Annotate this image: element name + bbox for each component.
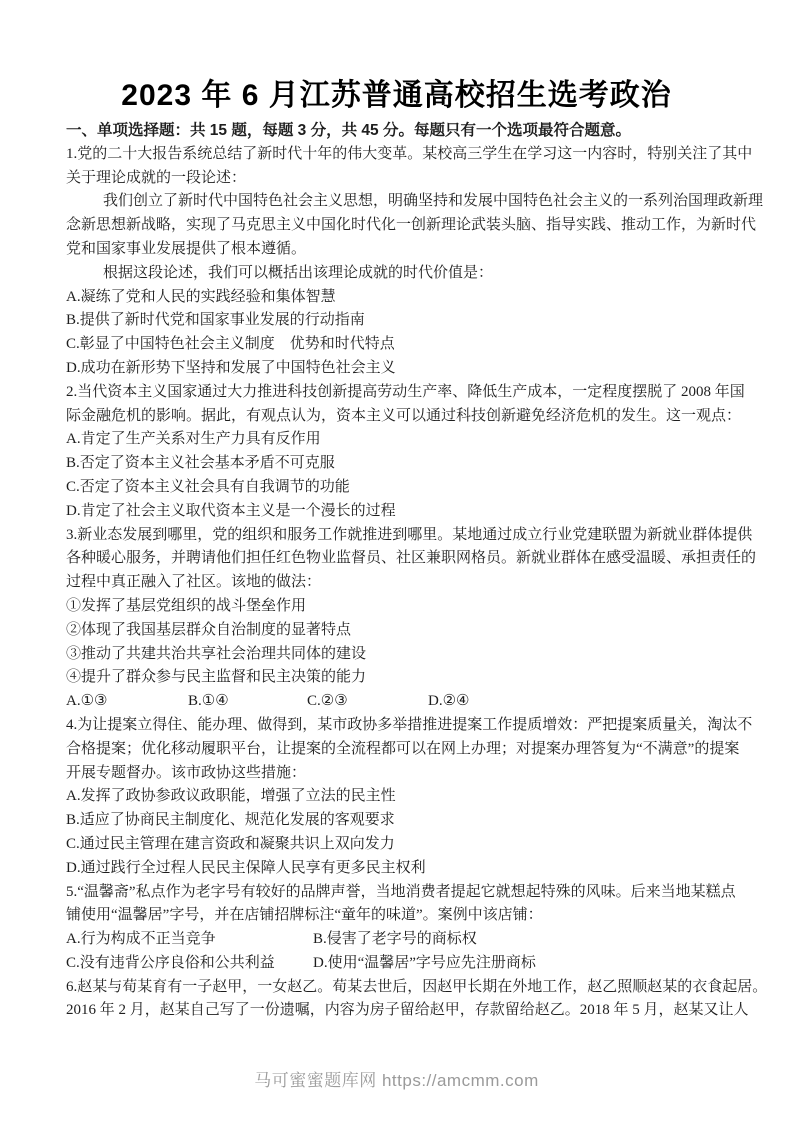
q5-line: 5.“温馨斋”私点作为老字号有较好的品牌声誉，当地消费者提起它就想起特殊的风味。…: [66, 881, 737, 905]
q3-item-4: ④提升了群众参与民主监督和民主决策的能力: [66, 666, 737, 690]
q2-option-d: D.肯定了社会主义取代资本主义是一个漫长的过程: [66, 500, 737, 524]
option-cell: B.①④: [188, 690, 307, 714]
option-cell: B.侵害了老字号的商标权: [313, 928, 477, 952]
q6-line: 2016 年 2 月，赵某自己写了一份遗嘱，内容为房子留给赵甲，存款留给赵乙。2…: [66, 999, 737, 1023]
q3-item-3: ③推动了共建共治共享社会治理共同体的建设: [66, 643, 737, 667]
q1-line: 念新思想新战略，实现了马克思主义中国化时代化一创新理论武装头脑、指导实践、推动工…: [66, 214, 737, 238]
q1-line: 1.党的二十大报告系统总结了新时代十年的伟大变革。某校高三学生在学习这一内容时，…: [66, 143, 737, 167]
q3-line: 各种暖心服务，并聘请他们担任红色物业监督员、社区兼职网格员。新就业群体在感受温暖…: [66, 547, 737, 571]
q1-line: 关于理论成就的一段论述：: [66, 167, 737, 191]
q5-line: 铺使用“温馨居”字号，并在店铺招牌标注“童年的味道”。案例中该店铺：: [66, 904, 737, 928]
option-cell: D.②④: [428, 690, 469, 714]
q3-item-1: ①发挥了基层党组织的战斗堡垒作用: [66, 595, 737, 619]
q4-line: 开展专题督办。该市政协这些措施：: [66, 762, 737, 786]
q4-option-d: D.通过践行全过程人民民主保障人民享有更多民主权利: [66, 857, 737, 881]
option-cell: C.②③: [307, 690, 428, 714]
exam-page: 2023 年 6 月江苏普通高校招生选考政治 一、单项选择题：共 15 题，每题…: [0, 0, 793, 1122]
q1-line: 根据这段论述，我们可以概括出该理论成就的时代价值是：: [66, 262, 737, 286]
option-cell: D.使用“温馨居”字号应先注册商标: [313, 952, 536, 976]
q1-option-d: D.成功在新形势下坚持和发展了中国特色社会主义: [66, 357, 737, 381]
q1-option-b: B.提供了新时代党和国家事业发展的行动指南: [66, 309, 737, 333]
q3-options-row: A.①③B.①④C.②③D.②④: [66, 690, 737, 714]
q1-line: 党和国家事业发展提供了根本遵循。: [66, 238, 737, 262]
q2-line: 2.当代资本主义国家通过大力推进科技创新提高劳动生产率、降低生产成本，一定程度摆…: [66, 381, 737, 405]
q4-option-b: B.适应了协商民主制度化、规范化发展的客观要求: [66, 809, 737, 833]
q4-option-a: A.发挥了政协参政议政职能，增强了立法的民主性: [66, 785, 737, 809]
body-lines: 一、单项选择题：共 15 题，每题 3 分，共 45 分。每题只有一个选项最符合…: [66, 119, 737, 1023]
q2-line: 际金融危机的影响。据此，有观点认为，资本主义可以通过科技创新避免经济危机的发生。…: [66, 405, 737, 429]
q1-option-a: A.凝练了党和人民的实践经验和集体智慧: [66, 286, 737, 310]
q2-option-a: A.肯定了生产关系对生产力具有反作用: [66, 428, 737, 452]
q2-option-c: C.否定了资本主义社会具有自我调节的功能: [66, 476, 737, 500]
q6-line: 6.赵某与荀某育有一子赵甲，一女赵乙。荀某去世后，因赵甲长期在外地工作，赵乙照顺…: [66, 976, 737, 1000]
q2-option-b: B.否定了资本主义社会基本矛盾不可克服: [66, 452, 737, 476]
q4-line: 4.为让提案立得住、能办理、做得到，某市政协多举措推进提案工作提质增效：严把提案…: [66, 714, 737, 738]
q3-line: 3.新业态发展到哪里，党的组织和服务工作就推进到哪里。某地通过成立行业党建联盟为…: [66, 524, 737, 548]
q3-line: 过程中真正融入了社区。该地的做法：: [66, 571, 737, 595]
q3-item-2: ②体现了我国基层群众自治制度的显著特点: [66, 619, 737, 643]
q1-line: 我们创立了新时代中国特色社会主义思想，明确坚持和发展中国特色社会主义的一系列治国…: [66, 190, 737, 214]
option-cell: A.①③: [66, 690, 188, 714]
q1-option-c: C.彰显了中国特色社会主义制度 优势和时代特点: [66, 333, 737, 357]
exam-title: 2023 年 6 月江苏普通高校招生选考政治: [0, 70, 793, 114]
section-header: 一、单项选择题：共 15 题，每题 3 分，共 45 分。每题只有一个选项最符合…: [66, 119, 737, 143]
q5-options-row: A.行为构成不正当竞争B.侵害了老字号的商标权: [66, 928, 737, 952]
q5-options-row: C.没有违背公序良俗和公共利益D.使用“温馨居”字号应先注册商标: [66, 952, 737, 976]
q4-option-c: C.通过民主管理在建言资政和凝聚共识上双向发力: [66, 833, 737, 857]
option-cell: C.没有违背公序良俗和公共利益: [66, 952, 313, 976]
option-cell: A.行为构成不正当竞争: [66, 928, 313, 952]
q4-line: 合格提案；优化移动履职平台，让提案的全流程都可以在网上办理；对提案办理答复为“不…: [66, 738, 737, 762]
footer-watermark: 马可蜜蜜题库网 https://amcmm.com: [0, 1066, 793, 1091]
